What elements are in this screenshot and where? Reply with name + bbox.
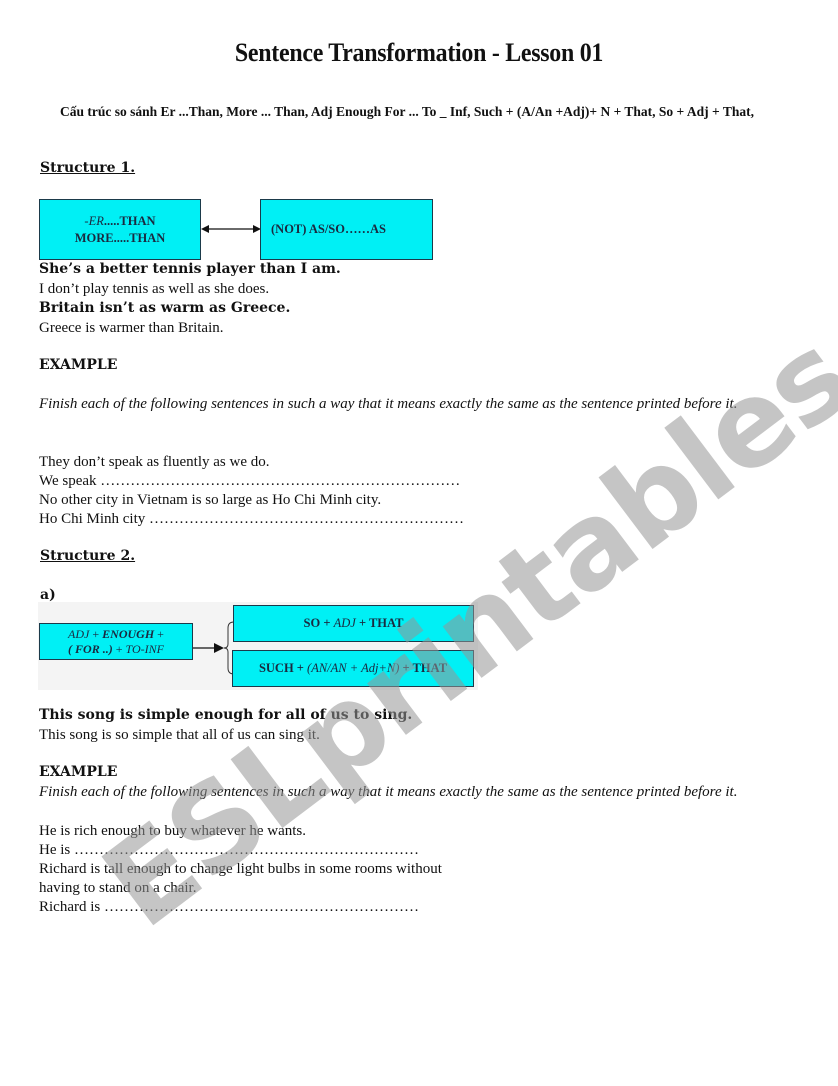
page-title: Sentence Transformation - Lesson 01 — [34, 38, 805, 68]
exercise-prompt: No other city in Vietnam is so large as … — [39, 491, 381, 510]
more-than-label: MORE.....THAN — [75, 231, 166, 245]
intro-text: Cấu trúc so sánh Er ...Than, More ... Th… — [40, 100, 815, 124]
structure2-subheading: a) — [40, 587, 56, 603]
exercise-prompt: having to stand on a chair. — [39, 879, 196, 898]
example-sentence: This song is so simple that all of us ca… — [39, 726, 320, 745]
structure1-box-as-so-as: (NOT) AS/SO……AS — [260, 199, 433, 260]
structure2-box-adj-enough: ADJ + ENOUGH + ( FOR ..) + TO-INF — [39, 623, 193, 660]
instruction-text: Finish each of the following sentences i… — [39, 395, 809, 414]
example-heading: EXAMPLE — [39, 764, 117, 780]
structure2-box-so-adj-that: SO + ADJ + THAT — [233, 605, 474, 642]
double-arrow-icon — [200, 222, 262, 236]
as-so-as-label: (NOT) AS/SO……AS — [271, 221, 386, 238]
brace-arrow-icon — [192, 604, 236, 688]
structure2-box-such-that: SUCH + (AN/AN + Adj+N) + THAT — [232, 650, 474, 687]
structure1-heading: Structure 1. — [40, 160, 135, 176]
example-sentence: Greece is warmer than Britain. — [39, 319, 224, 338]
example-sentence: I don’t play tennis as well as she does. — [39, 280, 269, 299]
structure2-heading: Structure 2. — [40, 548, 135, 564]
exercise-prompt: He is rich enough to buy whatever he wan… — [39, 822, 306, 841]
structure1-box-er-than: -ER.....THAN MORE.....THAN — [39, 199, 201, 260]
example-heading: EXAMPLE — [39, 357, 117, 373]
exercise-answer-line[interactable]: He is …………………………………………………………… — [39, 841, 419, 860]
exercise-prompt: Richard is tall enough to change light b… — [39, 860, 442, 879]
instruction-text: Finish each of the following sentences i… — [39, 783, 809, 802]
exercise-answer-line[interactable]: Ho Chi Minh city ……………………………………………………… — [39, 510, 464, 529]
exercise-answer-line[interactable]: We speak ……………………………………………………………… — [39, 472, 460, 491]
example-sentence-bold: Britain isn’t as warm as Greece. — [39, 300, 290, 316]
example-sentence-bold: This song is simple enough for all of us… — [39, 707, 412, 723]
exercise-prompt: They don’t speak as fluently as we do. — [39, 453, 270, 472]
example-sentence-bold: She’s a better tennis player than I am. — [39, 261, 341, 277]
exercise-answer-line[interactable]: Richard is ……………………………………………………… — [39, 898, 419, 917]
worksheet-page: Sentence Transformation - Lesson 01 Cấu … — [0, 0, 838, 1086]
er-label: -ER.....THAN — [84, 214, 155, 228]
